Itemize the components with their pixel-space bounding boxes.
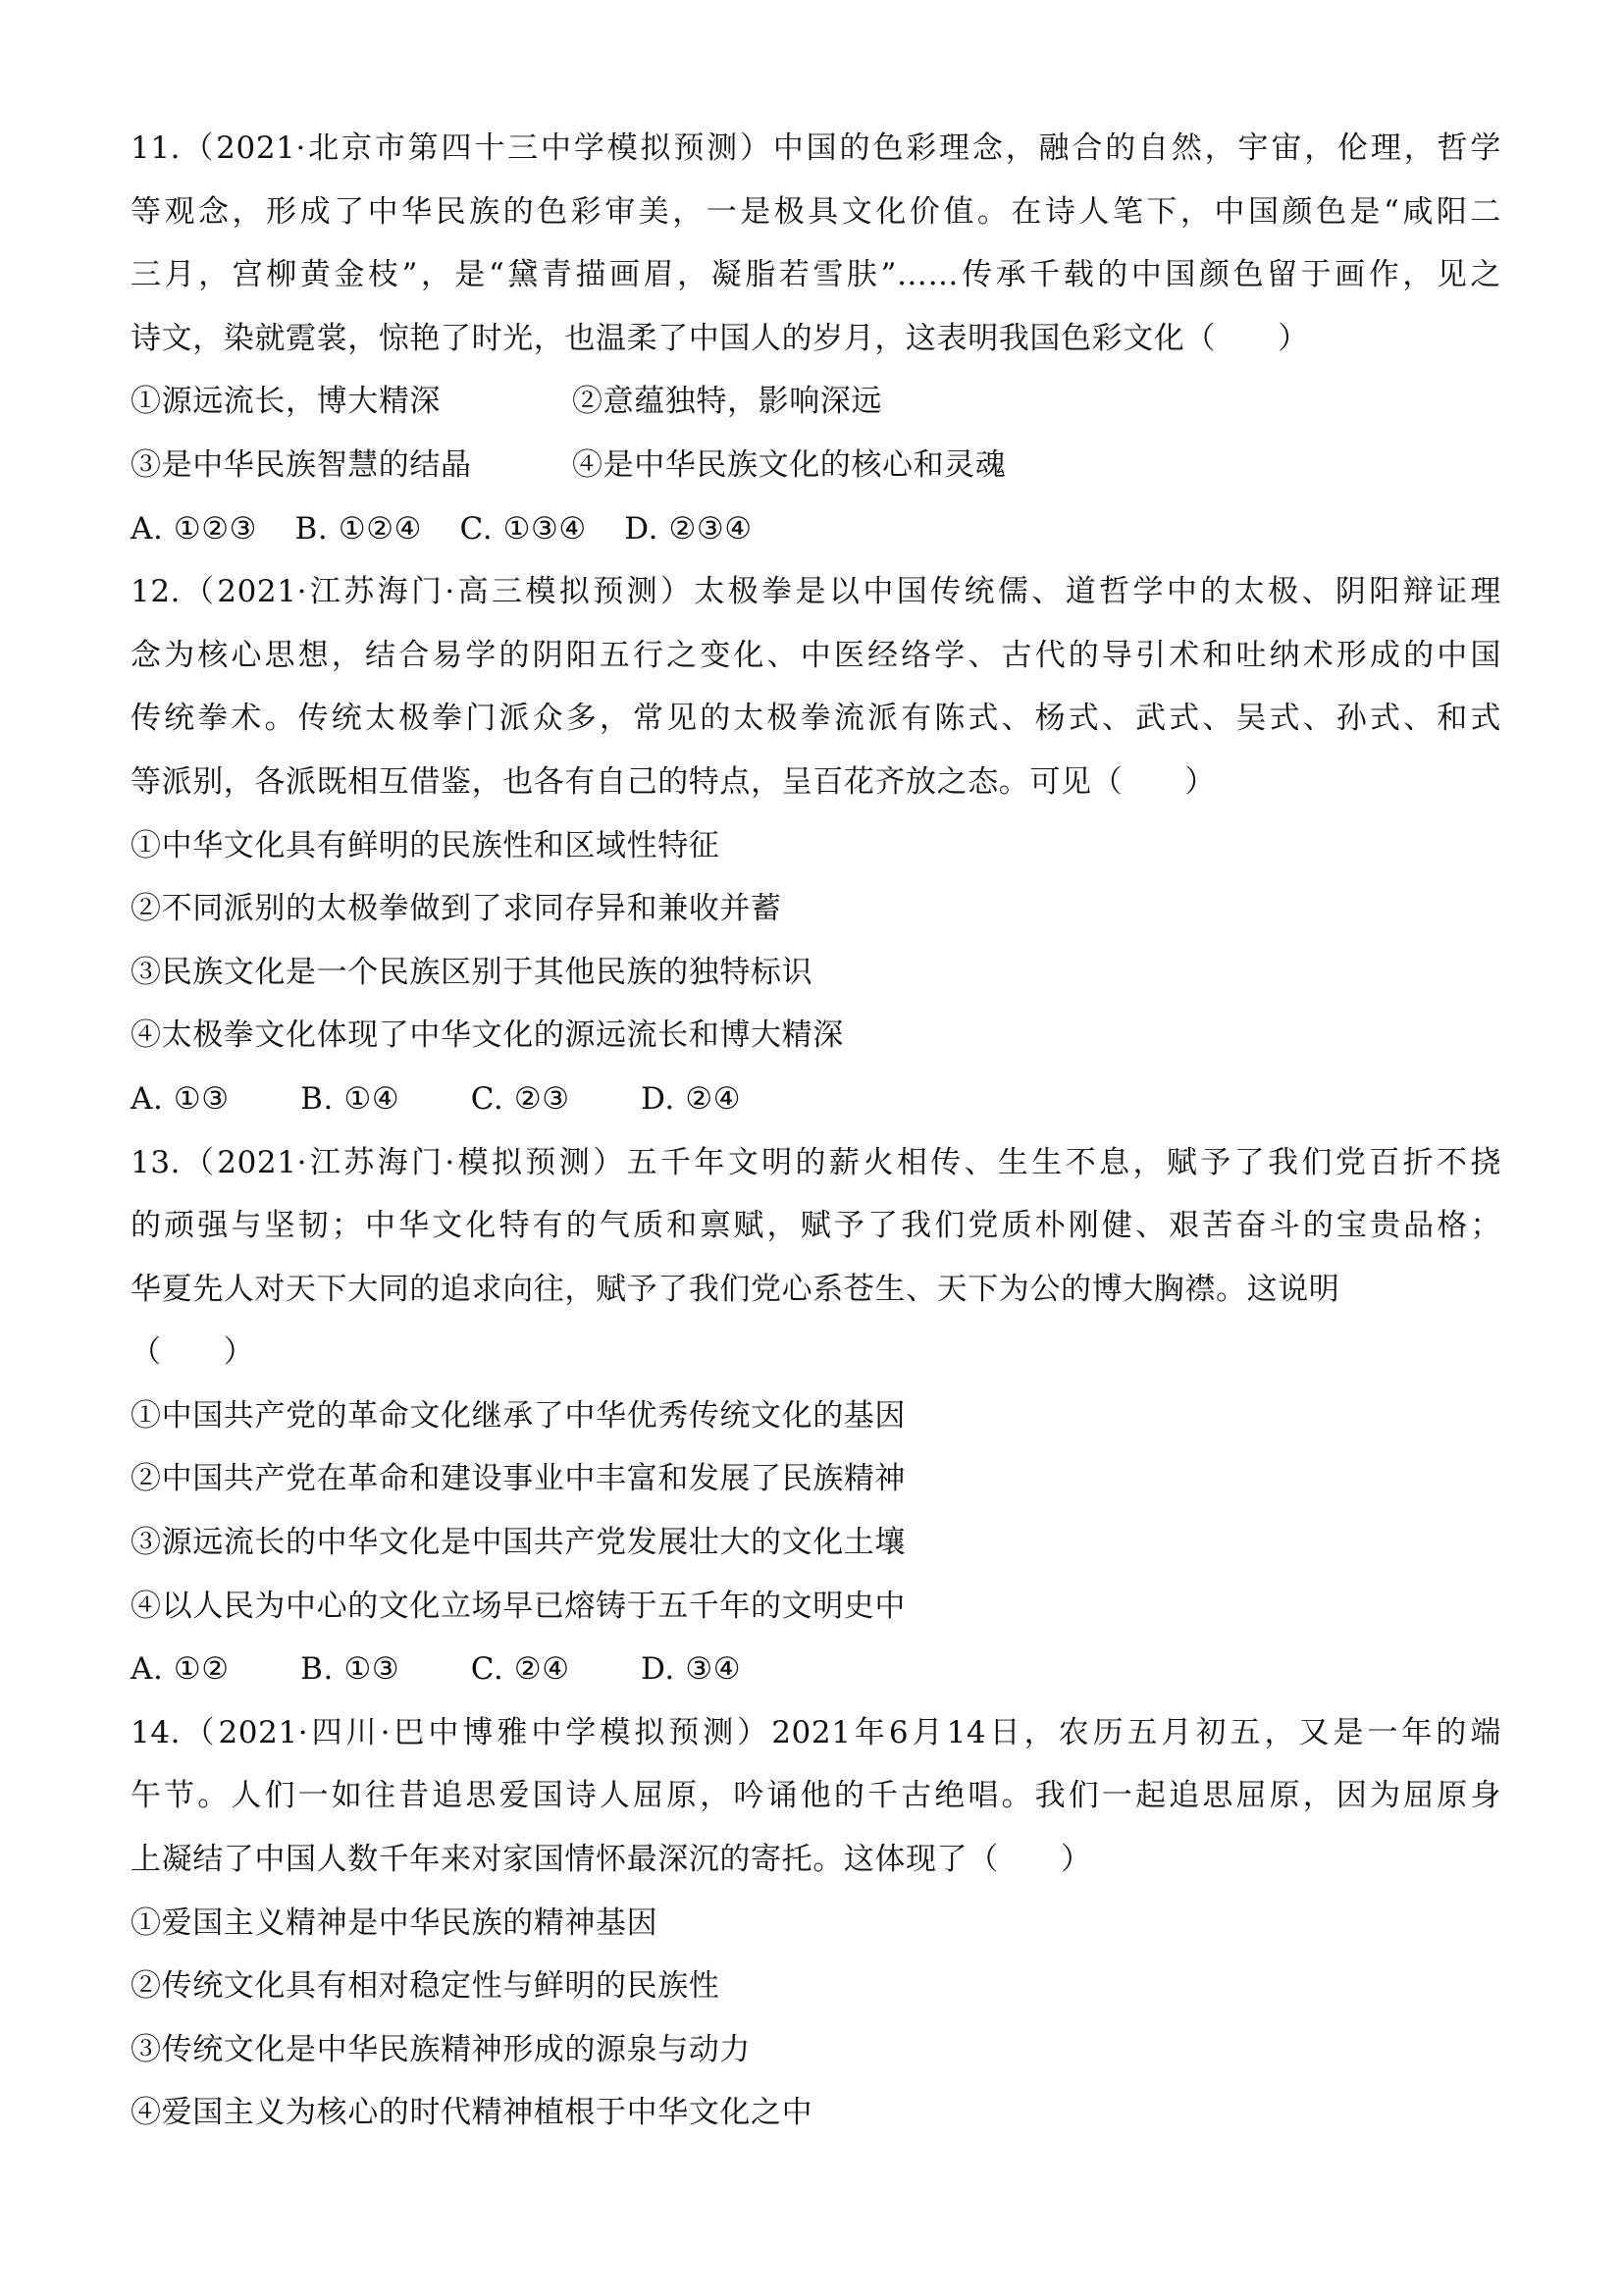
choice-c: C. ②④ (471, 1638, 570, 1701)
choice-d: D. ②③④ (624, 497, 752, 561)
option-3: ③源远流长的中华文化是中国共产党发展壮大的文化土壤 (131, 1511, 1504, 1575)
option-2: ②传统文化具有相对稳定性与鲜明的民族性 (131, 1955, 1504, 2018)
choice-b: B. ①④ (300, 1068, 399, 1131)
option-1: ①中国共产党的革命文化继承了中华优秀传统文化的基因 (131, 1384, 1504, 1448)
question-stem-line: 13.（2021·江苏海门·模拟预测）五千年文明的薪火相传、生生不息，赋予了我们… (131, 1131, 1501, 1195)
option-4: ④太极拳文化体现了中华文化的源远流长和博大精深 (131, 1004, 1504, 1068)
choice-b: B. ①②④ (295, 497, 422, 561)
question-stem-line: 的顽强与坚韧；中华文化特有的气质和禀赋，赋予了我们党质朴刚健、艰苦奋斗的宝贵品格… (131, 1194, 1501, 1258)
choice-c: C. ①③④ (459, 497, 586, 561)
choice-a: A. ①②③ (131, 497, 257, 561)
question-stem-line: 午节。人们一如往昔追思爱国诗人屈原，吟诵他的千古绝唱。我们一起追思屈原，因为屈原… (131, 1764, 1501, 1828)
option-1: ①中华文化具有鲜明的民族性和区域性特征 (131, 814, 1504, 878)
option-2: ②不同派别的太极拳做到了求同存异和兼收并蓄 (131, 877, 1504, 941)
option-4: ④是中华民族文化的核心和灵魂 (572, 434, 1006, 497)
option-3: ③民族文化是一个民族区别于其他民族的独特标识 (131, 941, 1504, 1005)
question-stem-line: 上凝结了中国人数千年来对家国情怀最深沉的寄托。这体现了（ ） (131, 1828, 1504, 1892)
question-stem-line: 等派别，各派既相互借鉴，也各有自己的特点，呈百花齐放之态。可见（ ） (131, 751, 1504, 814)
choice-d: D. ②④ (641, 1068, 741, 1131)
question-13: 13.（2021·江苏海门·模拟预测）五千年文明的薪火相传、生生不息，赋予了我们… (131, 1131, 1504, 1701)
answer-choices: A. ①②③ B. ①②④ C. ①③④ D. ②③④ (131, 497, 1504, 561)
option-4: ④以人民为中心的文化立场早已熔铸于五千年的文明史中 (131, 1575, 1504, 1639)
question-stem-line: 诗文，染就霓裳，惊艳了时光，也温柔了中国人的岁月，这表明我国色彩文化（ ） (131, 307, 1504, 371)
question-stem-line: 念为核心思想，结合易学的阴阳五行之变化、中医经络学、古代的导引术和吐纳术形成的中… (131, 624, 1501, 688)
option-row: ①源远流长，博大精深 ②意蕴独特，影响深远 (131, 370, 1504, 434)
choice-a: A. ①② (131, 1638, 230, 1701)
option-1: ①源远流长，博大精深 (131, 370, 572, 434)
option-4: ④爱国主义为核心的时代精神植根于中华文化之中 (131, 2081, 1504, 2145)
exam-page: 11.（2021·北京市第四十三中学模拟预测）中国的色彩理念，融合的自然，宇宙，… (131, 117, 1504, 2145)
question-stem-line: 等观念，形成了中华民族的色彩审美，一是极具文化价值。在诗人笔下，中国颜色是“咸阳… (131, 181, 1501, 244)
option-2: ②中国共产党在革命和建设事业中丰富和发展了民族精神 (131, 1447, 1504, 1511)
question-stem-line: 14.（2021·四川·巴中博雅中学模拟预测）2021年6月14日，农历五月初五… (131, 1701, 1501, 1765)
question-stem-line: 传统拳术。传统太极拳门派众多，常见的太极拳流派有陈式、杨式、武式、吴式、孙式、和… (131, 687, 1501, 751)
choice-a: A. ①③ (131, 1068, 230, 1131)
choice-b: B. ①③ (300, 1638, 399, 1701)
choice-c: C. ②③ (471, 1068, 570, 1131)
question-stem-line: 三月，宫柳黄金枝”，是“黛青描画眉，凝脂若雪肤”……传承千载的中国颜色留于画作，… (131, 243, 1501, 307)
answer-bracket: （ ） (131, 1321, 1504, 1384)
question-stem-line: 11.（2021·北京市第四十三中学模拟预测）中国的色彩理念，融合的自然，宇宙，… (131, 117, 1501, 181)
question-12: 12.（2021·江苏海门·高三模拟预测）太极拳是以中国传统儒、道哲学中的太极、… (131, 560, 1504, 1130)
question-11: 11.（2021·北京市第四十三中学模拟预测）中国的色彩理念，融合的自然，宇宙，… (131, 117, 1504, 560)
option-1: ①爱国主义精神是中华民族的精神基因 (131, 1892, 1504, 1956)
option-row: ③是中华民族智慧的结晶 ④是中华民族文化的核心和灵魂 (131, 434, 1504, 497)
option-3: ③是中华民族智慧的结晶 (131, 434, 572, 497)
question-stem-line: 12.（2021·江苏海门·高三模拟预测）太极拳是以中国传统儒、道哲学中的太极、… (131, 560, 1501, 624)
answer-choices: A. ①③ B. ①④ C. ②③ D. ②④ (131, 1068, 1504, 1131)
answer-choices: A. ①② B. ①③ C. ②④ D. ③④ (131, 1638, 1504, 1701)
choice-d: D. ③④ (641, 1638, 741, 1701)
question-stem-line: 华夏先人对天下大同的追求向往，赋予了我们党心系苍生、天下为公的博大胸襟。这说明 (131, 1258, 1504, 1322)
question-14: 14.（2021·四川·巴中博雅中学模拟预测）2021年6月14日，农历五月初五… (131, 1701, 1504, 2145)
option-3: ③传统文化是中华民族精神形成的源泉与动力 (131, 2018, 1504, 2082)
option-2: ②意蕴独特，影响深远 (572, 370, 882, 434)
